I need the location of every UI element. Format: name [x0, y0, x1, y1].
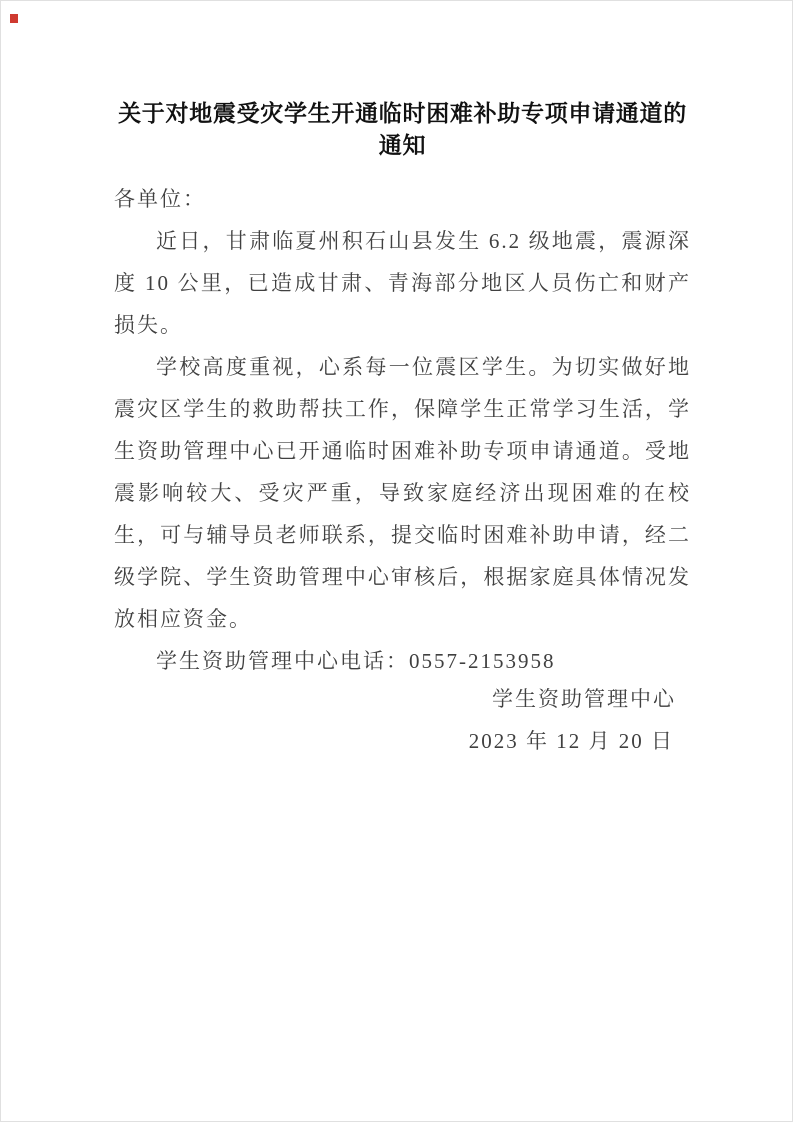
paragraph-contact-phone: 学生资助管理中心电话：0557-2153958	[114, 640, 691, 682]
paragraph-aid-channel: 学校高度重视，心系每一位震区学生。为切实做好地震灾区学生的救助帮扶工作，保障学生…	[114, 346, 691, 640]
document-title: 关于对地震受灾学生开通临时困难补助专项申请通道的通知	[114, 97, 691, 161]
salutation-line: 各单位：	[114, 178, 691, 220]
document-page: 关于对地震受灾学生开通临时困难补助专项申请通道的通知 各单位： 近日，甘肃临夏州…	[0, 0, 793, 1122]
paragraph-earthquake-news: 近日，甘肃临夏州积石山县发生 6.2 级地震，震源深度 10 公里，已造成甘肃、…	[114, 220, 691, 346]
document-body: 各单位： 近日，甘肃临夏州积石山县发生 6.2 级地震，震源深度 10 公里，已…	[114, 178, 691, 682]
signature-date: 2023 年 12 月 20 日	[114, 720, 676, 762]
signature-block: 学生资助管理中心 2023 年 12 月 20 日	[114, 678, 676, 762]
red-corner-marker	[10, 14, 18, 23]
signature-organization: 学生资助管理中心	[114, 678, 676, 720]
